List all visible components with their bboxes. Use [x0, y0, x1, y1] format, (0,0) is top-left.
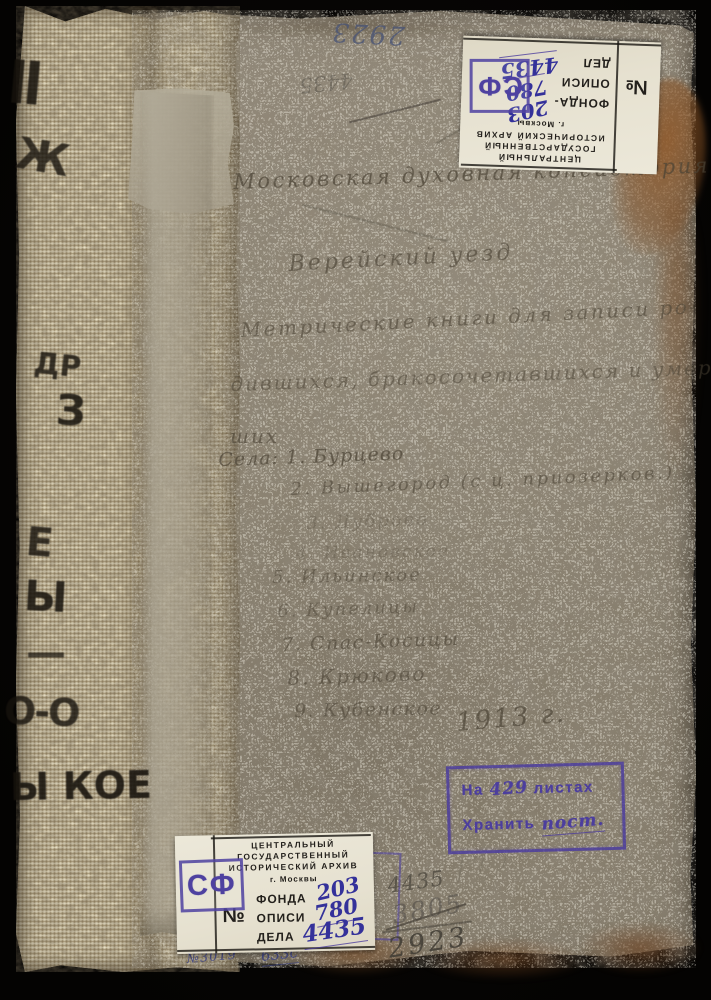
- spine-marker-fragment: —: [26, 630, 66, 676]
- stamp-word-sheets: листах: [533, 778, 594, 797]
- archive-label-bottom: ЦЕНТРАЛЬНЫЙ ГОСУДАРСТВЕННЫЙ ИСТОРИЧЕСКИЙ…: [175, 832, 375, 954]
- spine-marker-fragment: Е: [24, 519, 55, 567]
- page-count-stamp: На 429 листах Хранить пост.: [446, 762, 626, 855]
- spine-marker-fragment: О-О: [3, 689, 79, 736]
- sf-stamp: СФ: [179, 858, 245, 912]
- village-list-item: 9. Кубенское: [294, 697, 442, 722]
- opis-row-label: ОПИСИ: [561, 75, 610, 91]
- village-list-item: 3. Дуброво: [306, 509, 429, 534]
- village-list-item: 4. Ивановское: [296, 541, 450, 564]
- archive-book-photo: II Ж ДР З Е Ы — О-О Ы КОЕ Московская дух…: [0, 0, 711, 1000]
- handwritten-subtitle-line-3: ших: [230, 424, 279, 448]
- archive-label-top: ЦЕНТРАЛЬНЫЙ ГОСУДАРСТВЕННЫЙ ИСТОРИЧЕСКИЙ…: [459, 36, 661, 175]
- spine-marker-fragment: Ы: [23, 571, 69, 622]
- stamp-word-na: На: [461, 781, 484, 799]
- delo-row-label: ДЕЛ: [582, 56, 610, 71]
- keep-term-handwritten: пост.: [540, 810, 605, 837]
- fond-row-label: ФОНДА: [256, 891, 307, 906]
- number-symbol: №: [625, 74, 648, 98]
- pencil-number-flipped: 2923: [330, 16, 406, 50]
- stamp-line-sheets: На 429 листах: [461, 776, 594, 799]
- delo-number-handwritten: 4435: [301, 912, 368, 950]
- spine-marker-fragment: З: [55, 385, 87, 435]
- spine-marker-fragment: Ы КОЕ: [10, 763, 153, 809]
- fond-row-label: ФОНДА-: [553, 95, 609, 111]
- stamp-word-keep: Хранить: [462, 815, 535, 834]
- repair-tape-strip: [140, 92, 214, 938]
- sf-stamp: СФ: [470, 59, 530, 113]
- opis-row-label: ОПИСИ: [256, 910, 305, 925]
- village-list-item: 8. Крюково: [287, 661, 427, 690]
- delo-row-label: ДЕЛА: [257, 930, 295, 945]
- spine-marker-fragment: Ж: [12, 128, 74, 188]
- spine-marker-fragment: ДР: [32, 346, 82, 385]
- stamp-line-keep: Хранить пост.: [462, 811, 604, 837]
- spine-marker-fragment: II: [5, 48, 42, 119]
- sheet-count-handwritten: 429: [489, 777, 529, 800]
- village-list-item: 5. Ильинское: [272, 564, 422, 588]
